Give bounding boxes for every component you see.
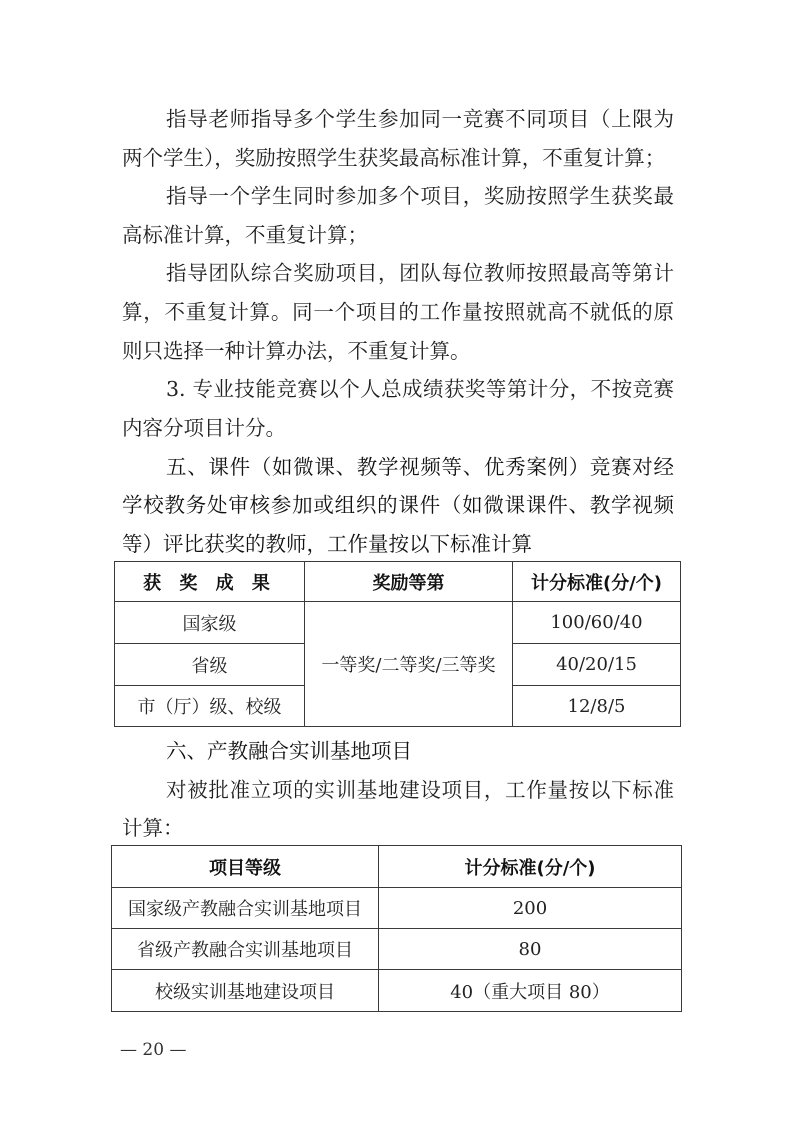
cell-score: 12/8/5 <box>513 686 681 727</box>
section-6-heading: 六、产教融合实训基地项目 <box>166 736 674 766</box>
paragraph-line: 则只选择一种计算办法，不重复计算。 <box>122 336 674 366</box>
header-score-standard: 计分标准(分/个) <box>513 562 681 602</box>
table-row: 国家级产教融合实训基地项目 200 <box>112 888 682 929</box>
header-achievement: 获 奖 成 果 <box>115 562 305 602</box>
header-project-level: 项目等级 <box>112 846 379 888</box>
table-header-row: 获 奖 成 果 奖励等第 计分标准(分/个) <box>115 562 681 602</box>
cell-score: 80 <box>379 929 682 970</box>
table-row: 校级实训基地建设项目 40（重大项目 80） <box>112 970 682 1012</box>
courseware-award-table: 获 奖 成 果 奖励等第 计分标准(分/个) 国家级 一等奖/二等奖/三等奖 1… <box>114 561 681 727</box>
cell-score: 40/20/15 <box>513 644 681 686</box>
paragraph-line: 算，不重复计算。同一个项目的工作量按照就高不就低的原 <box>122 297 674 327</box>
cell-project-level: 省级产教融合实训基地项目 <box>112 929 379 970</box>
cell-award-levels-merged: 一等奖/二等奖/三等奖 <box>305 602 513 727</box>
header-award-level: 奖励等第 <box>305 562 513 602</box>
training-base-table: 项目等级 计分标准(分/个) 国家级产教融合实训基地项目 200 省级产教融合实… <box>111 845 682 1012</box>
section-5-heading-line: 学校教务处审核参加或组织的课件（如微课课件、教学视频 <box>122 490 674 520</box>
paragraph-line: 3. 专业技能竞赛以个人总成绩获奖等第计分，不按竞赛 <box>166 374 674 404</box>
section-5-heading-line: 等）评比获奖的教师，工作量按以下标准计算 <box>122 529 674 559</box>
paragraph-line: 计算： <box>122 813 674 843</box>
paragraph-line: 内容分项目计分。 <box>122 413 674 443</box>
paragraph-line: 两个学生），奖励按照学生获奖最高标准计算，不重复计算； <box>122 143 674 173</box>
cell-project-level: 国家级产教融合实训基地项目 <box>112 888 379 929</box>
header-score-standard: 计分标准(分/个) <box>379 846 682 888</box>
paragraph-line: 高标准计算，不重复计算； <box>122 220 674 250</box>
cell-score: 200 <box>379 888 682 929</box>
section-5-heading: 五、课件（如微课、教学视频等、优秀案例）竞赛对经 <box>166 452 674 482</box>
cell-achievement: 市（厅）级、校级 <box>115 686 305 727</box>
page-number: — 20 — <box>120 1040 186 1060</box>
paragraph-line: 指导老师指导多个学生参加同一竞赛不同项目（上限为 <box>166 104 674 134</box>
cell-score: 100/60/40 <box>513 602 681 644</box>
table-row: 国家级 一等奖/二等奖/三等奖 100/60/40 <box>115 602 681 644</box>
cell-achievement: 省级 <box>115 644 305 686</box>
paragraph-line: 指导团队综合奖励项目，团队每位教师按照最高等第计 <box>166 258 674 288</box>
paragraph-line: 对被批准立项的实训基地建设项目，工作量按以下标准 <box>166 775 674 805</box>
paragraph-line: 指导一个学生同时参加多个项目，奖励按照学生获奖最 <box>166 181 674 211</box>
cell-achievement: 国家级 <box>115 602 305 644</box>
table-row: 省级产教融合实训基地项目 80 <box>112 929 682 970</box>
table-header-row: 项目等级 计分标准(分/个) <box>112 846 682 888</box>
cell-score: 40（重大项目 80） <box>379 970 682 1012</box>
cell-project-level: 校级实训基地建设项目 <box>112 970 379 1012</box>
